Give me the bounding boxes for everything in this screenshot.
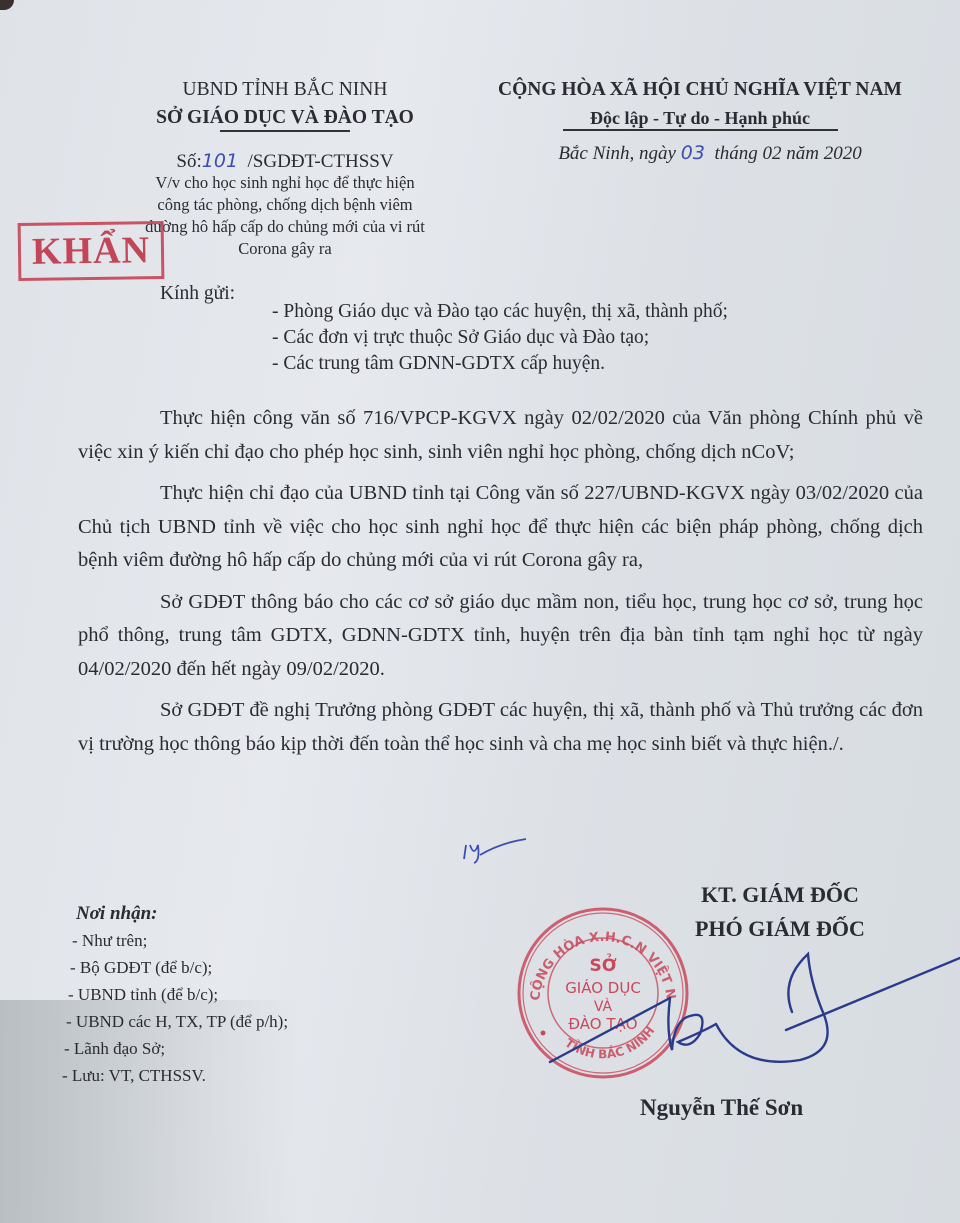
national-motto: Độc lập - Tự do - Hạnh phúc — [460, 104, 940, 132]
distribution-item: - Như trên; — [72, 927, 288, 954]
recipient-item: - Các đơn vị trực thuộc Sở Giáo dục và Đ… — [272, 325, 728, 351]
distribution-list: Nơi nhận: - Như trên; - Bộ GDĐT (để b/c)… — [62, 900, 288, 1089]
photo-corner-shadow — [0, 0, 14, 10]
urgent-stamp: KHẨN — [18, 221, 165, 281]
number-suffix: /SGDĐT-CTHSSV — [248, 151, 394, 172]
distribution-title: Nơi nhận: — [76, 900, 288, 927]
date-suffix: tháng 02 năm 2020 — [714, 143, 861, 164]
agency-name: UBND TỈNH BẮC NINH — [115, 76, 455, 104]
handwritten-initials-icon — [460, 835, 530, 865]
recipients-list: - Phòng Giáo dục và Đào tạo các huyện, t… — [272, 299, 728, 377]
body-paragraph: Sở GDĐT thông báo cho các cơ sở giáo dục… — [78, 586, 923, 687]
body-paragraph: Thực hiện công văn số 716/VPCP-KGVX ngày… — [78, 402, 923, 469]
recipient-item: - Phòng Giáo dục và Đào tạo các huyện, t… — [272, 299, 728, 325]
handwritten-signature-icon — [540, 950, 960, 1070]
subject-line: V/v cho học sinh nghỉ học để thực hiện — [115, 172, 455, 194]
country-name: CỘNG HÒA XÃ HỘI CHỦ NGHĨA VIỆT NAM — [460, 76, 940, 104]
department-name: SỞ GIÁO DỤC VÀ ĐÀO TẠO — [115, 104, 455, 132]
handwritten-day: 03 — [681, 142, 705, 164]
document-subject: V/v cho học sinh nghỉ học để thực hiện c… — [115, 172, 455, 260]
handwritten-number: 101 — [202, 150, 238, 172]
distribution-item: - UBND các H, TX, TP (để p/h); — [66, 1008, 288, 1035]
distribution-item: - Bộ GDĐT (để b/c); — [70, 954, 288, 981]
distribution-item: - Lãnh đạo Sở; — [64, 1035, 288, 1062]
distribution-item: - UBND tỉnh (để b/c); — [68, 981, 288, 1008]
number-prefix: Số: — [176, 151, 201, 172]
subject-line: Corona gây ra — [115, 238, 455, 260]
recipient-item: - Các trung tâm GDNN-GDTX cấp huyện. — [272, 351, 728, 377]
national-header: CỘNG HÒA XÃ HỘI CHỦ NGHĨA VIỆT NAM Độc l… — [460, 76, 940, 131]
body-paragraph: Sở GDĐT đề nghị Trưởng phòng GDĐT các hu… — [78, 694, 923, 761]
document-body: Thực hiện công văn số 716/VPCP-KGVX ngày… — [78, 402, 923, 769]
distribution-item: - Lưu: VT, CTHSSV. — [62, 1062, 288, 1089]
signer-name: Nguyễn Thế Sơn — [640, 1095, 960, 1121]
issue-date: Bắc Ninh, ngày 03 tháng 02 năm 2020 — [500, 142, 920, 165]
issuer-header: UBND TỈNH BẮC NINH SỞ GIÁO DỤC VÀ ĐÀO TẠ… — [115, 76, 455, 132]
recipients-label: Kính gửi: — [160, 283, 235, 305]
date-prefix: Bắc Ninh, ngày — [558, 143, 676, 164]
body-paragraph: Thực hiện chỉ đạo của UBND tỉnh tại Công… — [78, 477, 923, 578]
subject-line: đường hô hấp cấp do chủng mới của vi rút — [115, 216, 455, 238]
subject-line: công tác phòng, chống dịch bệnh viêm — [115, 194, 455, 216]
document-number: Số:101 /SGDĐT-CTHSSV — [115, 150, 455, 173]
